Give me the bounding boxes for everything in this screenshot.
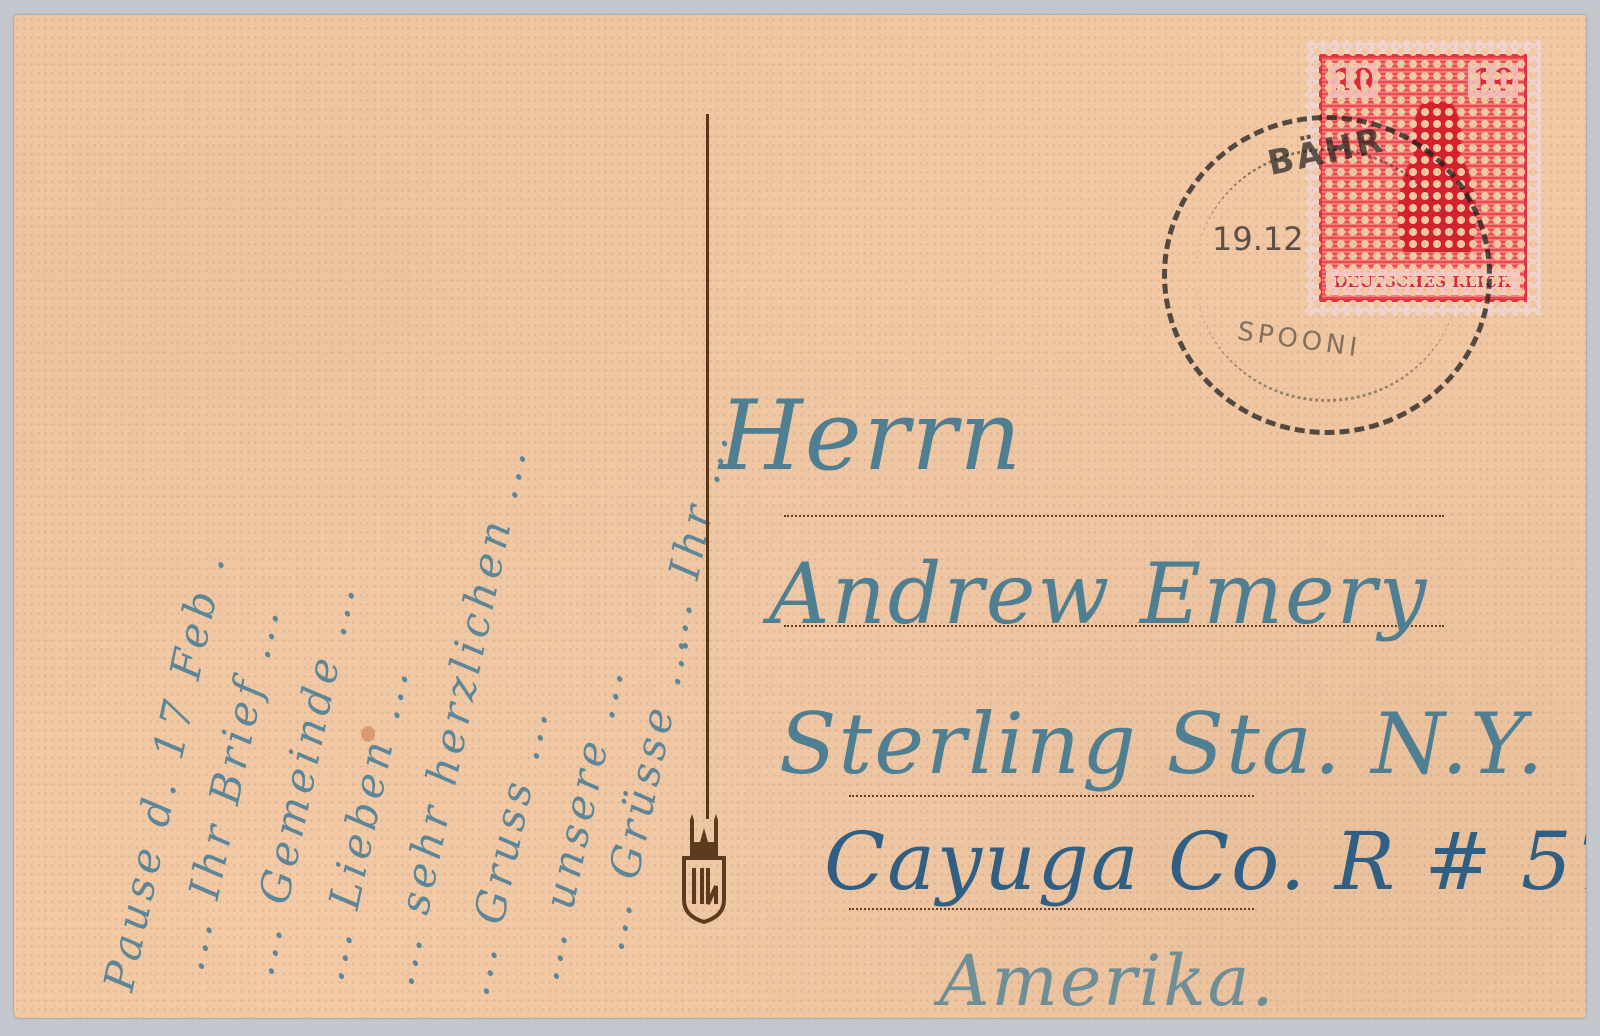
address-town: Sterling Sta. N.Y. xyxy=(779,695,1545,793)
stamp-value-right: 10 xyxy=(1468,63,1518,98)
address-country: Amerika. xyxy=(939,940,1276,1018)
handwritten-message: Pause d. 17 Feb . ... Ihr Brief ... ... … xyxy=(54,35,694,1005)
postmark-ring xyxy=(1195,148,1459,402)
stamp-value-left: 10 xyxy=(1328,63,1378,98)
address-line-1 xyxy=(784,515,1444,517)
postmark: BÄHR 19.12 SPOONI xyxy=(1162,115,1492,435)
address-name: Andrew Emery xyxy=(769,545,1428,643)
address-line-3 xyxy=(849,795,1254,797)
postcard: Pause d. 17 Feb . ... Ihr Brief ... ... … xyxy=(14,15,1586,1018)
address-county: Cayuga Co. R # 57. xyxy=(824,815,1586,908)
publisher-logo-icon xyxy=(680,812,728,924)
address-salutation: Herrn xyxy=(719,380,1023,492)
address-line-4 xyxy=(849,908,1254,910)
stain xyxy=(361,726,375,742)
postmark-date: 19.12 xyxy=(1212,220,1304,258)
divider-line xyxy=(706,114,709,819)
